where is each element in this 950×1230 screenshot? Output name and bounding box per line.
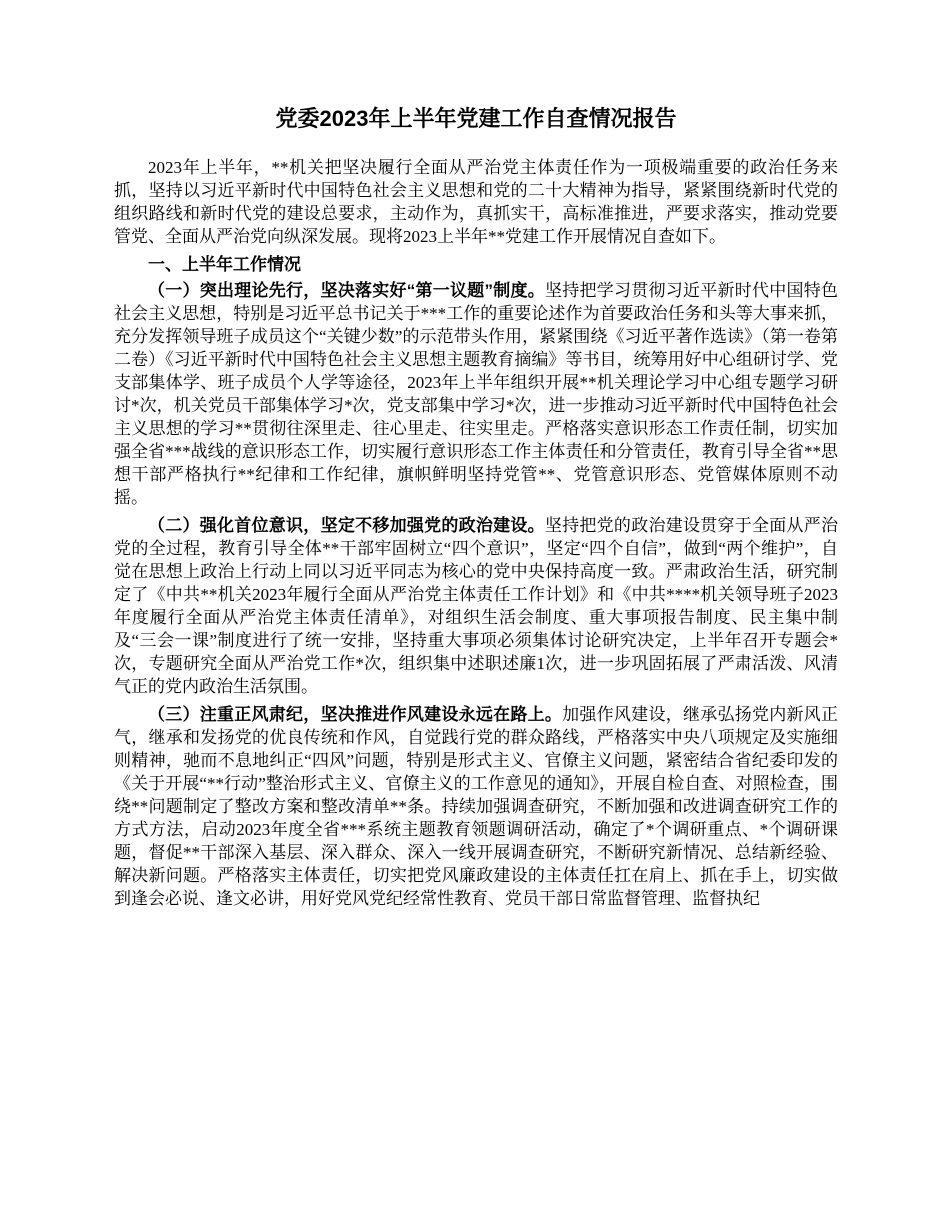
subsection-3-text: 加强作风建设，继承弘扬党内新风正气，继承和发扬党的优良传统和作风，自觉践行党的群… [114, 705, 838, 908]
subsection-paragraph-1: （一）突出理论先行，坚决落实好“第一议题”制度。坚持把学习贯彻习近平新时代中国特… [114, 279, 838, 509]
subsection-paragraph-2: （二）强化首位意识，坚定不移加强党的政治建设。坚持把党的政治建设贯穿于全面从严治… [114, 514, 838, 698]
subsection-paragraph-3: （三）注重正风肃纪，坚决推进作风建设永远在路上。加强作风建设，继承弘扬党内新风正… [114, 703, 838, 910]
subsection-2-text: 坚持把党的政治建设贯穿于全面从严治党的全过程，教育引导全体**干部牢固树立“四个… [114, 516, 838, 696]
section-heading-first-half-work: 一、上半年工作情况 [114, 253, 838, 276]
subsection-3-lead: （三）注重正风肃纪，坚决推进作风建设永远在路上。 [148, 705, 562, 724]
intro-paragraph: 2023年上半年，**机关把坚决履行全面从严治党主体责任作为一项极端重要的政治任… [114, 156, 838, 248]
subsection-1-text: 坚持把学习贯彻习近平新时代中国特色社会主义思想，特别是习近平总书记关于***工作… [114, 281, 838, 507]
document-page: 党委2023年上半年党建工作自查情况报告 2023年上半年，**机关把坚决履行全… [0, 0, 950, 1230]
subsection-1-lead: （一）突出理论先行，坚决落实好“第一议题”制度。 [148, 281, 545, 300]
subsection-2-lead: （二）强化首位意识，坚定不移加强党的政治建设。 [148, 516, 545, 535]
document-title: 党委2023年上半年党建工作自查情况报告 [114, 104, 838, 134]
